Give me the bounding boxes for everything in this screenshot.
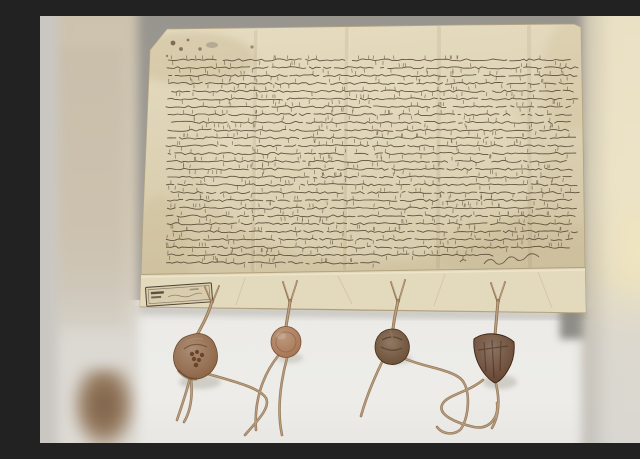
seal-shadows <box>179 353 517 389</box>
wax-seal-1 <box>173 334 217 380</box>
wax-seal-3 <box>375 329 409 365</box>
cord-tails <box>177 356 498 435</box>
wax-seal-2 <box>271 327 301 358</box>
wax-seal-4 <box>474 334 515 383</box>
charter-scene <box>40 16 640 443</box>
archival-label <box>145 283 212 307</box>
charter-photograph: Medieval parchment charter with dense il… <box>40 16 640 443</box>
